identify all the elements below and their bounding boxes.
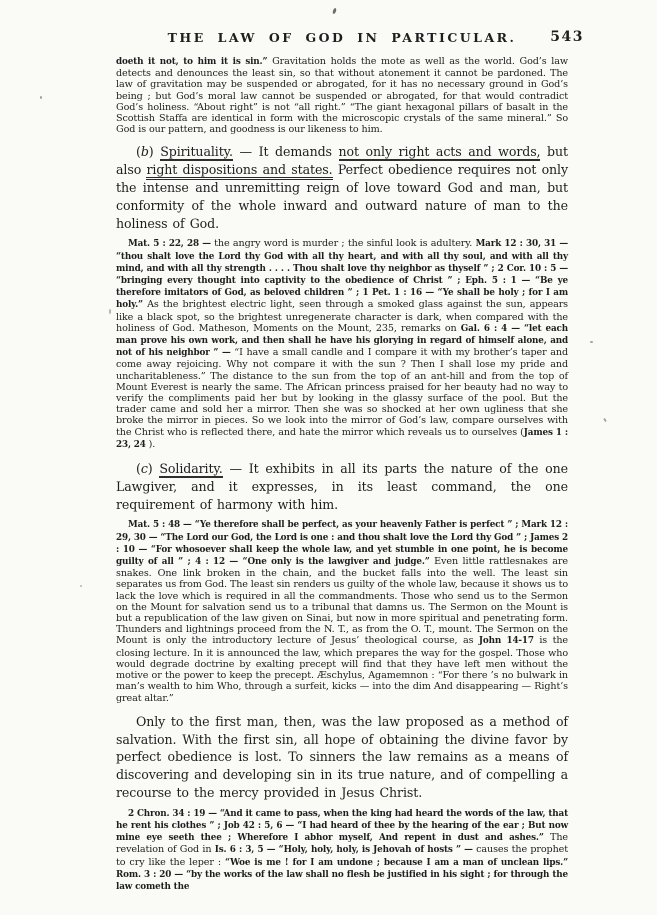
running-head: THE LAW OF GOD IN PARTICULAR. 543 [116, 30, 568, 45]
text-column: THE LAW OF GOD IN PARTICULAR. 543 doeth … [116, 30, 568, 893]
text-segment: 2 Chron. 34 : 19 — “And it came to pass,… [116, 809, 568, 843]
text-segment: Solidarity. [159, 461, 222, 478]
text-segment: ). [146, 439, 156, 450]
text-segment: Is. 6 : 3, 5 — “Holy, holy, holy, is Jeh… [215, 845, 476, 855]
text-segment: right dispositions and states. [146, 162, 332, 180]
book-page: THE LAW OF GOD IN PARTICULAR. 543 doeth … [0, 0, 657, 915]
page-number: 543 [550, 29, 584, 45]
page-title: THE LAW OF GOD IN PARTICULAR. [168, 30, 517, 45]
text-segment: ) [148, 461, 160, 476]
paragraph-gravitation-notes: doeth it not, to him it is sin.” Gravita… [116, 56, 568, 135]
text-segment: the angry word is murder ; the sinful lo… [214, 238, 475, 249]
scan-speck [109, 309, 111, 314]
text-segment: “I have a small candle and I compare it … [116, 347, 568, 437]
section-b-spirituality: (b) Spirituality. — It demands not only … [116, 143, 568, 232]
scan-speck [40, 96, 42, 99]
scan-speck [332, 8, 337, 15]
scripture-notes-spirituality: Mat. 5 : 22, 28 — the angry word is murd… [116, 238, 568, 451]
text-segment: not only right acts and words, [339, 144, 541, 161]
paragraph-law-method-of-salvation: Only to the first man, then, was the law… [116, 713, 568, 802]
scan-speck [80, 585, 82, 587]
scripture-notes-revelation: 2 Chron. 34 : 19 — “And it came to pass,… [116, 808, 568, 893]
text-segment: Even little rattlesnakes are snakes. One… [116, 556, 568, 646]
section-c-solidarity: (c) Solidarity. — It exhibits in all its… [116, 460, 568, 513]
text-segment: b [141, 144, 149, 159]
text-segment: Mat. 5 : 22, 28 — [128, 239, 214, 249]
text-segment: Gravitation holds the mote as well as th… [116, 56, 568, 135]
text-segment: John 14-17 [479, 636, 534, 646]
text-segment: ) [149, 144, 160, 159]
text-segment: doeth it not, to him it is sin.” [116, 57, 272, 67]
scan-speck [590, 341, 593, 343]
scripture-notes-solidarity: Mat. 5 : 48 — “Ye therefore shall be per… [116, 519, 568, 703]
text-segment: — It demands [233, 144, 339, 159]
scan-speck [603, 418, 607, 422]
text-segment: Spirituality. [160, 144, 233, 161]
text-segment: Only to the first man, then, was the law… [116, 714, 568, 800]
text-segment: c [141, 461, 148, 476]
